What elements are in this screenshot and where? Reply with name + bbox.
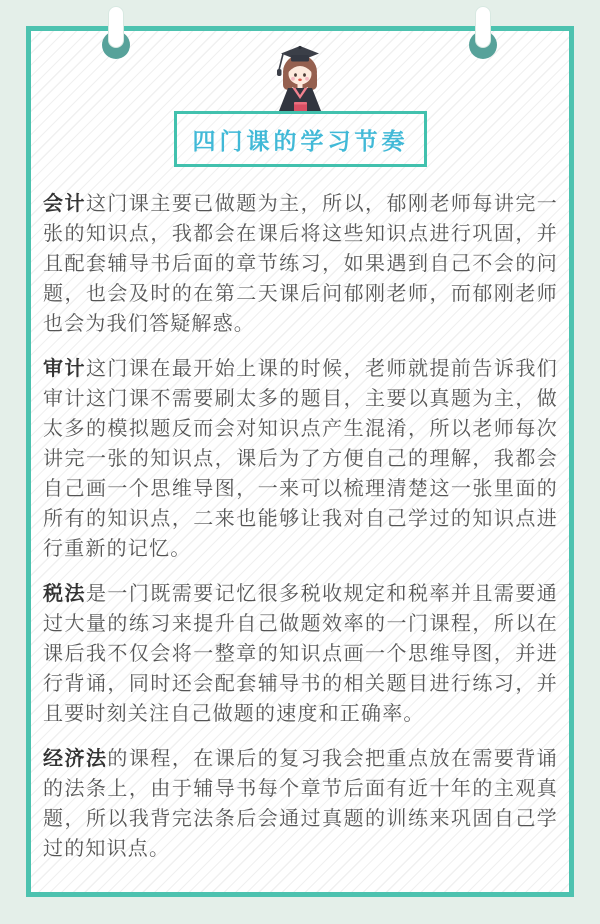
article-body: 会计这门课主要已做题为主，所以，郁刚老师每讲完一张的知识点，我都会在课后将这些知… (43, 188, 558, 878)
binder-pin-right-icon (468, 6, 498, 60)
page-background: { "title": { "text": "四门课的学习节奏" }, "para… (0, 0, 600, 924)
paragraph-accounting: 会计这门课主要已做题为主，所以，郁刚老师每讲完一张的知识点，我都会在课后将这些知… (43, 188, 558, 338)
graduate-girl-illustration (260, 44, 340, 116)
paragraph-lead-economic-law: 经济法 (43, 746, 107, 770)
graduate-girl-icon (260, 44, 340, 116)
paragraph-text-tax-law: 是一门既需要记忆很多税收规定和税率并且需要通过大量的练习来提升自己做题效率的一门… (43, 581, 558, 725)
pin-stem-icon (475, 6, 491, 48)
paragraph-text-economic-law: 的课程，在课后的复习我会把重点放在需要背诵的法条上，由于辅导书每个章节后面有近十… (43, 746, 558, 860)
paragraph-economic-law: 经济法的课程，在课后的复习我会把重点放在需要背诵的法条上，由于辅导书每个章节后面… (43, 743, 558, 863)
page-title: 四门课的学习节奏 (193, 123, 409, 156)
paragraph-lead-accounting: 会计 (43, 191, 86, 215)
paragraph-lead-tax-law: 税法 (43, 581, 86, 605)
paragraph-lead-auditing: 审计 (43, 356, 86, 380)
binder-pin-left-icon (101, 6, 131, 60)
pin-stem-icon (108, 6, 124, 48)
paragraph-auditing: 审计这门课在最开始上课的时候，老师就提前告诉我们审计这门课不需要刷太多的题目，主… (43, 353, 558, 563)
paragraph-text-auditing: 这门课在最开始上课的时候，老师就提前告诉我们审计这门课不需要刷太多的题目，主要以… (43, 356, 558, 560)
paragraph-text-accounting: 这门课主要已做题为主，所以，郁刚老师每讲完一张的知识点，我都会在课后将这些知识点… (43, 191, 558, 335)
paragraph-tax-law: 税法是一门既需要记忆很多税收规定和税率并且需要通过大量的练习来提升自己做题效率的… (43, 578, 558, 728)
title-box: 四门课的学习节奏 (174, 111, 427, 167)
